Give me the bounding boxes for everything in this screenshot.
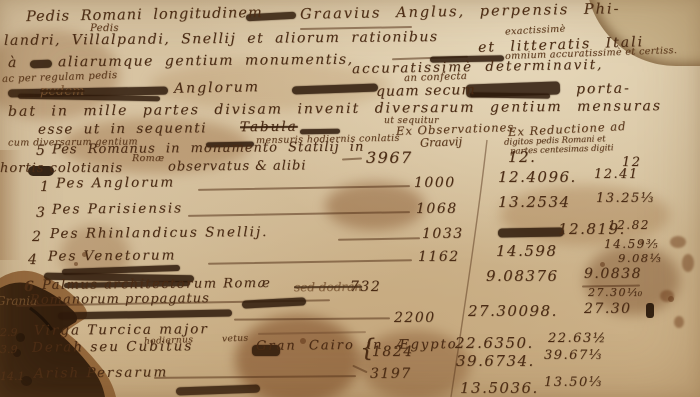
ink-scribble <box>498 227 564 237</box>
row-name: Pes Anglorum <box>56 176 175 191</box>
ms-insertion-vetus: vetus <box>222 335 249 345</box>
row-value-digits: 13.5036. <box>460 381 539 396</box>
row-name: Derah seu Cubitus <box>32 340 193 355</box>
row-value-rounded: 27.30 <box>584 302 632 316</box>
row-name-cont2: observatus & alibi <box>168 159 307 173</box>
row-value-graavij: 732 <box>350 280 381 294</box>
row-value-graavij: 1000 <box>414 176 456 190</box>
row-value-rounded: 9.0838 <box>584 267 642 281</box>
ms-line4-porta: porta- <box>576 82 631 97</box>
row-name: Arish Persarum <box>34 366 168 381</box>
ms-line6-start: esse ut in sequenti <box>38 122 207 137</box>
row-value-graavij: 3197 <box>370 367 412 381</box>
margin-number: 2 <box>32 230 41 244</box>
row-value-graavij: 1824 <box>372 345 414 359</box>
row-value-graavij: 3967 <box>366 150 413 166</box>
margin-number: 3.9 <box>0 344 18 355</box>
row-value-rounded: 13.25⅓ <box>596 192 655 205</box>
col-header-graavij: Graavij <box>420 136 463 149</box>
margin-number: 14.1 <box>0 371 25 382</box>
row-name: Pes Venetorum <box>48 249 176 264</box>
margin-number: 3 <box>36 206 45 220</box>
row-value-digits: 13.2534 <box>498 195 571 210</box>
margin-number: 1 <box>40 180 49 194</box>
ms-line4-quam-secum: quam secum <box>376 83 476 99</box>
row-value-rounded: 12.82 <box>608 219 650 231</box>
ms-struck-tabula: Tabula <box>240 121 298 135</box>
row-value-rounded: 13.50⅓ <box>544 376 603 389</box>
row-value-graavij: 1033 <box>422 227 464 241</box>
row-name-cont: hortis colotianis <box>0 162 123 175</box>
row-value-graavij: 2200 <box>394 311 436 325</box>
row-value-graavij: 1068 <box>416 202 458 216</box>
row-value-rounded2: 9.08⅓ <box>618 253 662 265</box>
row-value-digits: 39.6734. <box>456 354 535 369</box>
manuscript-photo: Pedis Romani longitudinem Graavius Anglu… <box>0 0 700 397</box>
ms-line2-start: landri, Villalpandi, Snellij et aliorum … <box>4 30 439 48</box>
row-value-digits: 12.4096. <box>498 170 577 185</box>
ms-line4-anglorum: Anglorum <box>174 80 260 95</box>
row-value-rounded: 22.63½ <box>548 332 607 345</box>
row-name: Romanorum propagatus <box>30 292 210 307</box>
row-value-rounded: 12.41 <box>594 168 639 181</box>
row-value-digits: 14.598 <box>496 244 558 259</box>
ink-blot <box>646 303 654 318</box>
row-value-graavij: 1162 <box>418 250 460 264</box>
row-name: Pes Rhinlandicus Snellij. <box>50 226 269 241</box>
ink-scribble <box>30 60 52 69</box>
row-name: Pes Parisiensis <box>52 202 183 217</box>
row-value-digits: 12. <box>508 150 536 165</box>
row-value-digits: 9.08376 <box>486 269 559 284</box>
row-name: Pes Romanus in monumento Statilij in <box>52 141 364 157</box>
row-value-digits: 27.30098. <box>468 304 558 319</box>
row-value-rounded2: 27.30⅒ <box>588 287 644 298</box>
row-value-rounded: 14.59⅗ <box>604 238 659 250</box>
margin-number: 2.9 <box>0 327 18 338</box>
row-value-digits: 22.6350. <box>455 336 534 351</box>
ms-insertion-romae: Romæ <box>132 154 164 164</box>
ms-struck-pedem: pedem <box>40 85 84 98</box>
margin-number: 4 <box>28 253 37 267</box>
row-value-rounded: 39.67⅓ <box>544 349 603 362</box>
margin-number: 5 <box>36 144 45 158</box>
ms-line3-a: à <box>8 56 16 70</box>
ms-line3-b: aliarumque gentium monumentis, <box>58 53 354 70</box>
row-name: Palmus architectorum Romæ <box>42 277 271 292</box>
row-name-cont: Gran Cairo in Ægypto <box>256 338 458 353</box>
